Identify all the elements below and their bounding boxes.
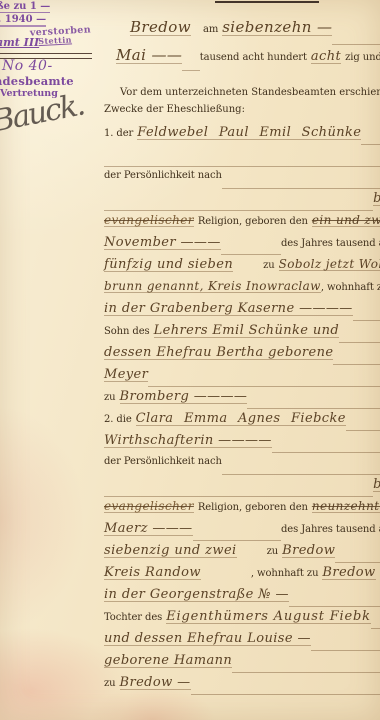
bride-identity-line: der Persönlichkeit nach bbox=[104, 456, 380, 478]
place-entry: Bredow bbox=[130, 20, 191, 36]
groom-mother-line: dessen Ehefrau Bertha geborene bbox=[104, 346, 380, 368]
rule-line bbox=[148, 385, 380, 387]
bride-mother-entry: und dessen Ehefrau Louise — bbox=[104, 632, 311, 646]
bride-birth-day-entry: neunzehnten bbox=[312, 500, 380, 513]
bride-parents-residence-line: zu Bredow — bbox=[104, 676, 380, 698]
blank-rule-line bbox=[104, 148, 380, 170]
groom-mother-name-line: Meyer woh bbox=[104, 368, 380, 390]
rule-line bbox=[332, 43, 380, 45]
zu-label: zu bbox=[104, 678, 116, 689]
zig-und-label: zig und bbox=[345, 52, 380, 63]
bride-religion-entry: evangelischer bbox=[104, 500, 194, 513]
jahres-label: des Jahres tausend acht hu bbox=[281, 238, 380, 249]
bride-mother-name-entry: geborene Hamann bbox=[104, 654, 232, 668]
zu-label: zu bbox=[104, 392, 116, 403]
form-body: Bredow am siebenzehn — Mai —— tausend ac… bbox=[104, 0, 380, 698]
rule-line bbox=[104, 495, 373, 497]
groom-father-line: Sohn des Lehrers Emil Schünke und bbox=[104, 324, 380, 346]
bride-bekannt-entry: be bbox=[373, 478, 380, 492]
rule-line bbox=[247, 407, 380, 409]
persoenlichkeit-label: der Persönlichkeit nach bbox=[104, 456, 222, 467]
groom-birth-place-entry: Sobolz jetzt Wohn bbox=[279, 258, 380, 271]
rule-line bbox=[353, 319, 380, 321]
rule-line bbox=[311, 649, 380, 651]
bride-residence2-entry: in der Georgenstraße № — bbox=[104, 588, 289, 602]
groom-parents-residence-entry: Bromberg ———— bbox=[120, 390, 248, 404]
standesbeamte-stamp: ndesbeamte bbox=[0, 74, 74, 88]
rule-line bbox=[333, 363, 380, 365]
bride-residence2-line: in der Georgenstraße № — bbox=[104, 588, 380, 610]
bride-parents-residence-entry: Bredow — bbox=[120, 676, 191, 690]
groom-residence2-entry: in der Grabenberg Kaserne ———— bbox=[104, 302, 353, 316]
bride-number-label: 2. die bbox=[104, 414, 132, 425]
groom-birth-month-line: November ——— des Jahres tausend acht hu bbox=[104, 236, 380, 258]
rule-line bbox=[335, 561, 380, 563]
tochter-des-label: Tochter des bbox=[104, 612, 162, 623]
rule-line bbox=[221, 253, 281, 255]
rule-line bbox=[339, 341, 380, 343]
bride-bekannt-line: be bbox=[104, 478, 380, 500]
groom-identity-line: der Persönlichkeit nach bbox=[104, 170, 380, 192]
bride-birth-place2-entry: Kreis Randow bbox=[104, 566, 201, 580]
groom-religion-line: evangelischer Religion, geboren den ein … bbox=[104, 214, 380, 236]
rule-line bbox=[222, 187, 380, 189]
bride-residence-entry: Bredow bbox=[322, 566, 375, 580]
bride-occupation-line: Wirthschafterin ———— bbox=[104, 434, 380, 456]
bride-father-line: Tochter des Eigenthümers August Fiebk bbox=[104, 610, 380, 632]
bride-mother-line: und dessen Ehefrau Louise — bbox=[104, 632, 380, 654]
bride-birth-year-entry: siebenzig und zwei bbox=[104, 544, 237, 558]
rule-line bbox=[104, 165, 380, 167]
groom-religion-entry: evangelischer bbox=[104, 214, 194, 227]
bride-birth-month-line: Maerz ——— des Jahres tausend acht hu bbox=[104, 522, 380, 544]
rule-line bbox=[232, 671, 380, 673]
zu-label: zu bbox=[267, 546, 279, 557]
rule-line bbox=[193, 539, 281, 541]
groom-birth-year-entry: fünfzig und sieben bbox=[104, 258, 233, 272]
wohnhaft-label: , wohnhaft zu bbox=[251, 568, 319, 579]
intro-line-2: Zwecke der Eheschließung: bbox=[104, 101, 380, 118]
jahres-label: des Jahres tausend acht hu bbox=[281, 524, 380, 535]
register-number: No 40- bbox=[2, 58, 53, 74]
rule-line bbox=[272, 451, 380, 453]
stamp-date-1940: l. 1940 — bbox=[0, 14, 46, 27]
groom-bekannt-entry: be bbox=[373, 192, 380, 206]
day-entry: siebenzehn — bbox=[222, 20, 332, 36]
rule-line bbox=[191, 693, 380, 695]
bride-occupation-entry: Wirthschafterin ———— bbox=[104, 434, 272, 448]
religion-label: Religion, geboren den bbox=[198, 216, 308, 227]
margin-stamps: ße zu 1 — l. 1940 — verstorben Stettin a… bbox=[0, 0, 112, 170]
groom-number-label: 1. der bbox=[104, 128, 133, 139]
groom-father-entry: Lehrers Emil Schünke und bbox=[154, 324, 340, 338]
groom-mother-name-entry: Meyer bbox=[104, 368, 148, 382]
tausend-label: tausend acht hundert bbox=[200, 52, 307, 63]
groom-birth-day-entry: ein und zwanzigs bbox=[312, 214, 380, 227]
bride-name-entry: Clara Emma Agnes Fiebcke bbox=[136, 412, 346, 426]
decade-entry: acht bbox=[311, 50, 341, 64]
rule-line bbox=[361, 143, 380, 145]
header-place-line: Bredow am siebenzehn — bbox=[104, 20, 380, 48]
month-entry: Mai —— bbox=[116, 48, 182, 64]
groom-residence2-line: in der Grabenberg Kaserne ———— bbox=[104, 302, 380, 324]
header-date-line: Mai —— tausend acht hundert acht zig und… bbox=[104, 48, 380, 74]
bride-birth-place2-line: Kreis Randow , wohnhaft zu Bredow bbox=[104, 566, 380, 588]
bride-birth-place-entry: Bredow bbox=[282, 544, 335, 558]
wohnhaft-label: , wohnhaft zu bbox=[321, 282, 380, 293]
rule-line bbox=[346, 429, 380, 431]
bride-birth-year-line: siebenzig und zwei zu Bredow bbox=[104, 544, 380, 566]
rule-line bbox=[182, 69, 199, 71]
am-label: am bbox=[203, 24, 218, 35]
groom-birth-place2-line: brunn genannt, Kreis Inowraclaw , wohnha… bbox=[104, 280, 380, 302]
religion-label: Religion, geboren den bbox=[198, 502, 308, 513]
groom-birth-place2-entry: brunn genannt, Kreis Inowraclaw bbox=[104, 280, 321, 293]
standesamt-stamp: amt III bbox=[0, 36, 39, 49]
groom-mother-entry: dessen Ehefrau Bertha geborene bbox=[104, 346, 333, 360]
intro-line-1: Vor dem unterzeichneten Standesbeamten e… bbox=[104, 84, 380, 101]
sohn-des-label: Sohn des bbox=[104, 326, 150, 337]
zu-label: zu bbox=[263, 260, 275, 271]
groom-name-line: 1. der Feldwebel Paul Emil Schünke bbox=[104, 126, 380, 148]
rule-line bbox=[289, 605, 380, 607]
persoenlichkeit-label: der Persönlichkeit nach bbox=[104, 170, 222, 181]
rule-line bbox=[104, 209, 373, 211]
rule-line bbox=[371, 627, 380, 629]
bride-mother-name-line: geborene Hamann woh bbox=[104, 654, 380, 676]
groom-birth-year-line: fünfzig und sieben zu Sobolz jetzt Wohn bbox=[104, 258, 380, 280]
groom-name-entry: Feldwebel Paul Emil Schünke bbox=[137, 126, 361, 140]
bride-birth-month-entry: Maerz ——— bbox=[104, 522, 193, 536]
bride-name-line: 2. die Clara Emma Agnes Fiebcke bbox=[104, 412, 380, 434]
groom-parents-residence-line: zu Bromberg ———— bbox=[104, 390, 380, 412]
bride-religion-line: evangelischer Religion, geboren den neun… bbox=[104, 500, 380, 522]
rule-line bbox=[222, 473, 380, 475]
groom-bekannt-line: be bbox=[104, 192, 380, 214]
intro-paragraph: Vor dem unterzeichneten Standesbeamten e… bbox=[104, 84, 380, 118]
groom-birth-month-entry: November ——— bbox=[104, 236, 221, 250]
bride-father-entry: Eigenthümers August Fiebk bbox=[166, 610, 371, 624]
registry-document-scan: ße zu 1 — l. 1940 — verstorben Stettin a… bbox=[0, 0, 380, 720]
stamp-street-line: ße zu 1 — bbox=[0, 1, 50, 13]
